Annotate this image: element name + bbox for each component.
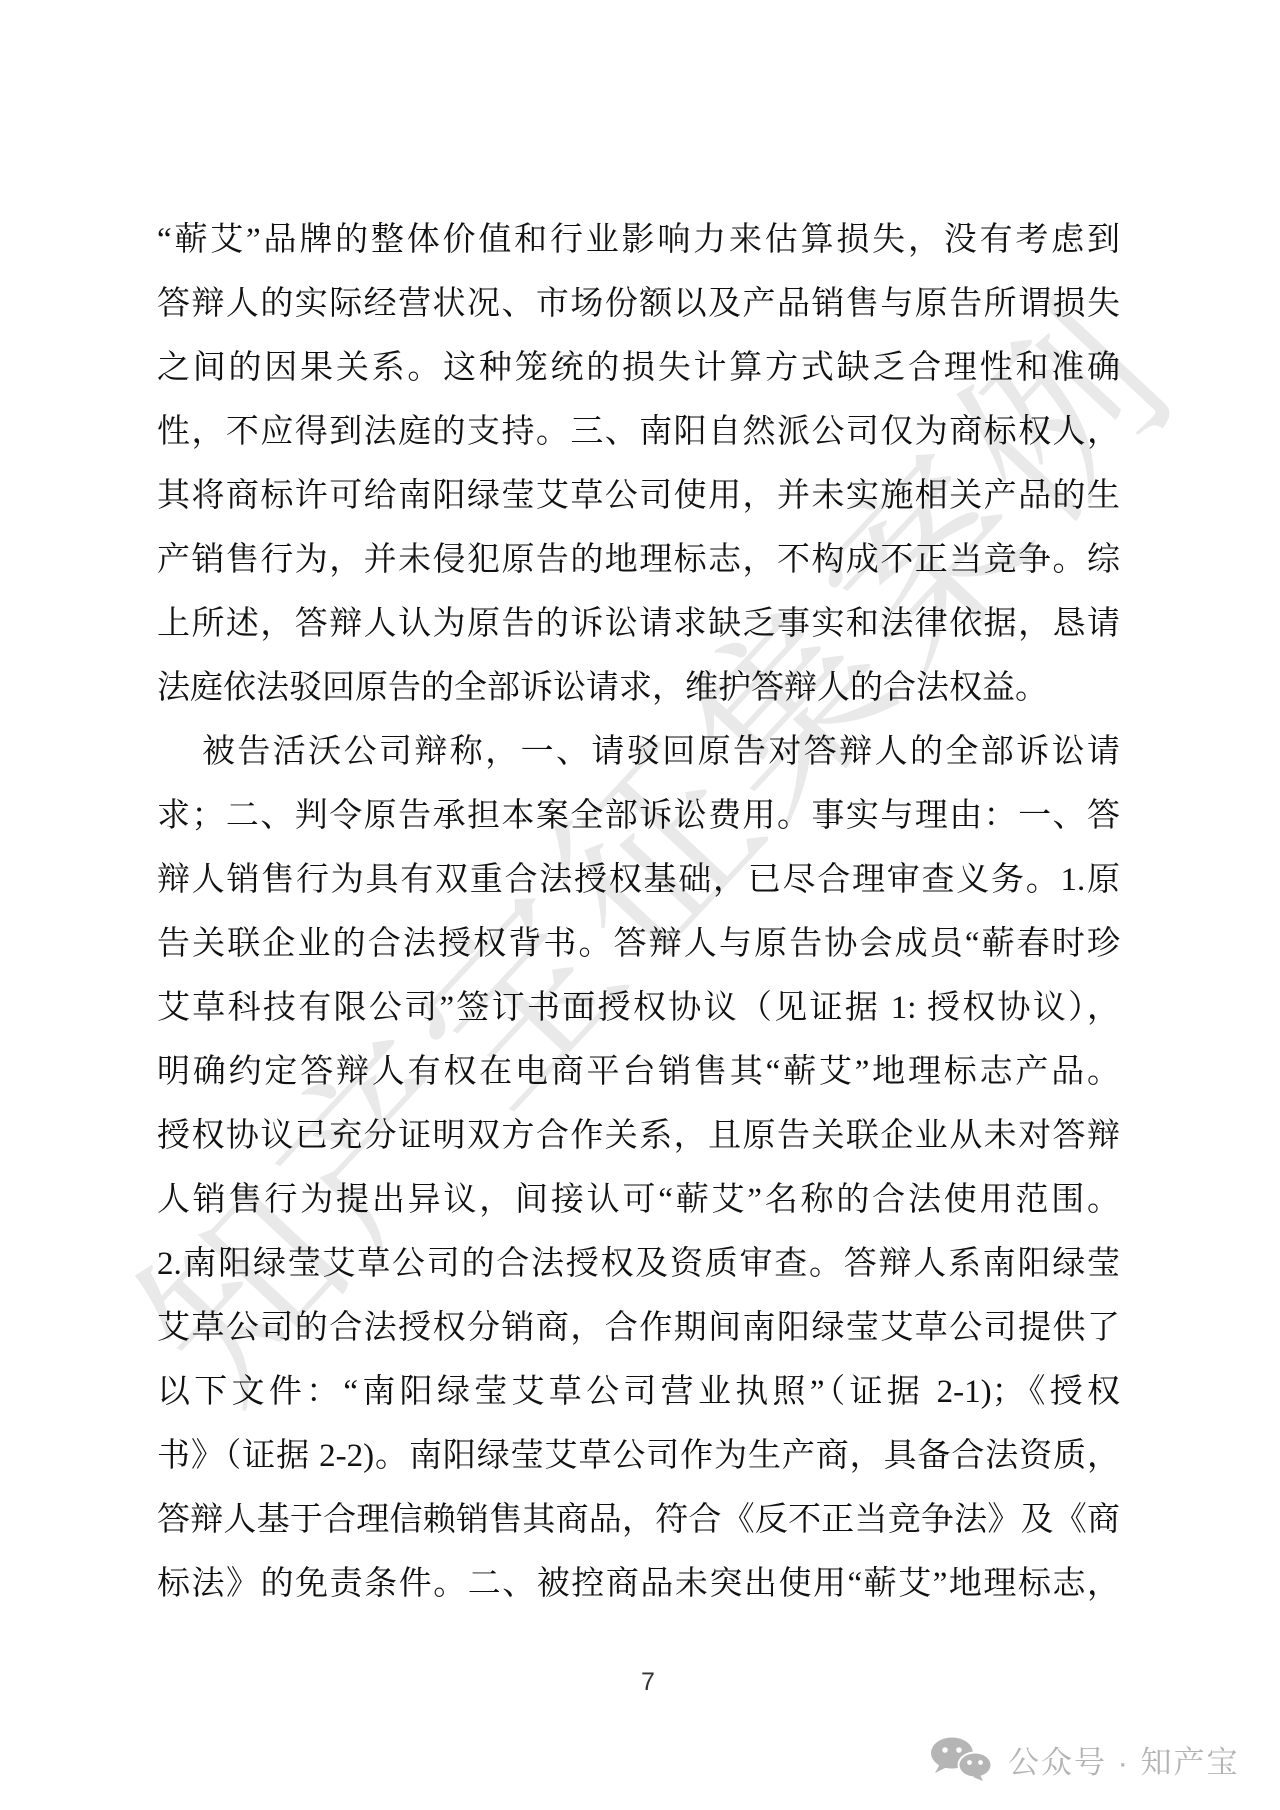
text-line: 法庭依法驳回原告的全部诉讼请求，维护答辩人的合法权益。 [157,656,1120,720]
text-line: 告关联企业的合法授权背书。答辩人与原告协会成员“蕲春时珍 [157,912,1120,976]
footer-brand-text: 公众号 · 知产宝 [1008,1737,1240,1782]
footer-brand: 公众号 · 知产宝 [930,1736,1240,1782]
text-line: 标法》的免责条件。二、被控商品未突出使用“蕲艾”地理标志， [157,1552,1120,1616]
text-line: “蕲艾”品牌的整体价值和行业影响力来估算损失，没有考虑到 [157,208,1120,272]
text-line: 答辩人基于合理信赖销售其商品，符合《反不正当竞争法》及《商 [157,1488,1120,1552]
text-line: 上所述，答辩人认为原告的诉讼请求缺乏事实和法律依据，恳请 [157,592,1120,656]
page-number: 7 [598,1668,698,1697]
document-page: 知产宝征集案例 “蕲艾”品牌的整体价值和行业影响力来估算损失，没有考虑到 答辩人… [0,0,1280,1810]
wechat-icon [930,1737,994,1781]
text-line: 产销售行为，并未侵犯原告的地理标志，不构成不正当竞争。综 [157,528,1120,592]
text-line: 明确约定答辩人有权在电商平台销售其“蕲艾”地理标志产品。 [157,1040,1120,1104]
body-text: “蕲艾”品牌的整体价值和行业影响力来估算损失，没有考虑到 答辩人的实际经营状况、… [157,208,1120,1616]
text-line: 答辩人的实际经营状况、市场份额以及产品销售与原告所谓损失 [157,272,1120,336]
text-line: 求；二、判令原告承担本案全部诉讼费用。事实与理由：一、答 [157,784,1120,848]
text-line: 2.南阳绿莹艾草公司的合法授权及资质审查。答辩人系南阳绿莹 [157,1232,1120,1296]
text-line: 人销售行为提出异议，间接认可“蕲艾”名称的合法使用范围。 [157,1168,1120,1232]
text-line: 被告活沃公司辩称，一、请驳回原告对答辩人的全部诉讼请 [157,720,1120,784]
text-line: 其将商标许可给南阳绿莹艾草公司使用，并未实施相关产品的生 [157,464,1120,528]
text-line: 书》（证据 2-2)。南阳绿莹艾草公司作为生产商，具备合法资质， [157,1424,1120,1488]
text-line: 之间的因果关系。这种笼统的损失计算方式缺乏合理性和准确 [157,336,1120,400]
text-line: 性，不应得到法庭的支持。三、南阳自然派公司仅为商标权人， [157,400,1120,464]
text-line: 辩人销售行为具有双重合法授权基础，已尽合理审查义务。1.原 [157,848,1120,912]
text-line: 以下文件：“南阳绿莹艾草公司营业执照”（证据 2-1)；《授权 [157,1360,1120,1424]
text-line: 艾草科技有限公司”签订书面授权协议（见证据 1: 授权协议）， [157,976,1120,1040]
text-line: 艾草公司的合法授权分销商，合作期间南阳绿莹艾草公司提供了 [157,1296,1120,1360]
text-line: 授权协议已充分证明双方合作关系，且原告关联企业从未对答辩 [157,1104,1120,1168]
